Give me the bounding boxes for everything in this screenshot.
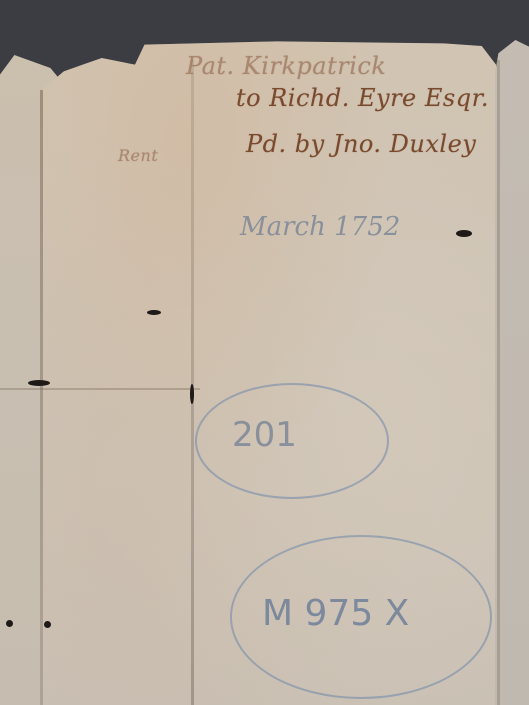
paper-hole: [190, 384, 194, 404]
fold-crease: [497, 60, 500, 705]
fold-crease: [0, 388, 200, 390]
pencil-date: March 1752: [240, 212, 400, 242]
endorsement-line-2: to Richd. Eyre Esqr.: [236, 84, 489, 112]
endorsement-line-3: Pd. by Jno. Duxley: [246, 130, 476, 158]
fold-crease: [191, 60, 194, 705]
paper-hole: [6, 620, 13, 627]
endorsement-line-1: Pat. Kirkpatrick: [186, 52, 386, 80]
paper-hole: [28, 380, 50, 386]
document-photo: Pat. Kirkpatrick to Richd. Eyre Esqr. Re…: [0, 0, 529, 705]
paper-hole: [147, 310, 161, 315]
upper-catalog-number: 201: [232, 415, 297, 455]
endorsement-rent: Rent: [118, 146, 158, 165]
paper-hole: [456, 230, 472, 237]
paper-right-panel: [495, 40, 529, 705]
paper-hole: [44, 621, 51, 628]
fold-crease: [40, 90, 43, 705]
lower-catalog-number: M 975 X: [262, 593, 409, 634]
